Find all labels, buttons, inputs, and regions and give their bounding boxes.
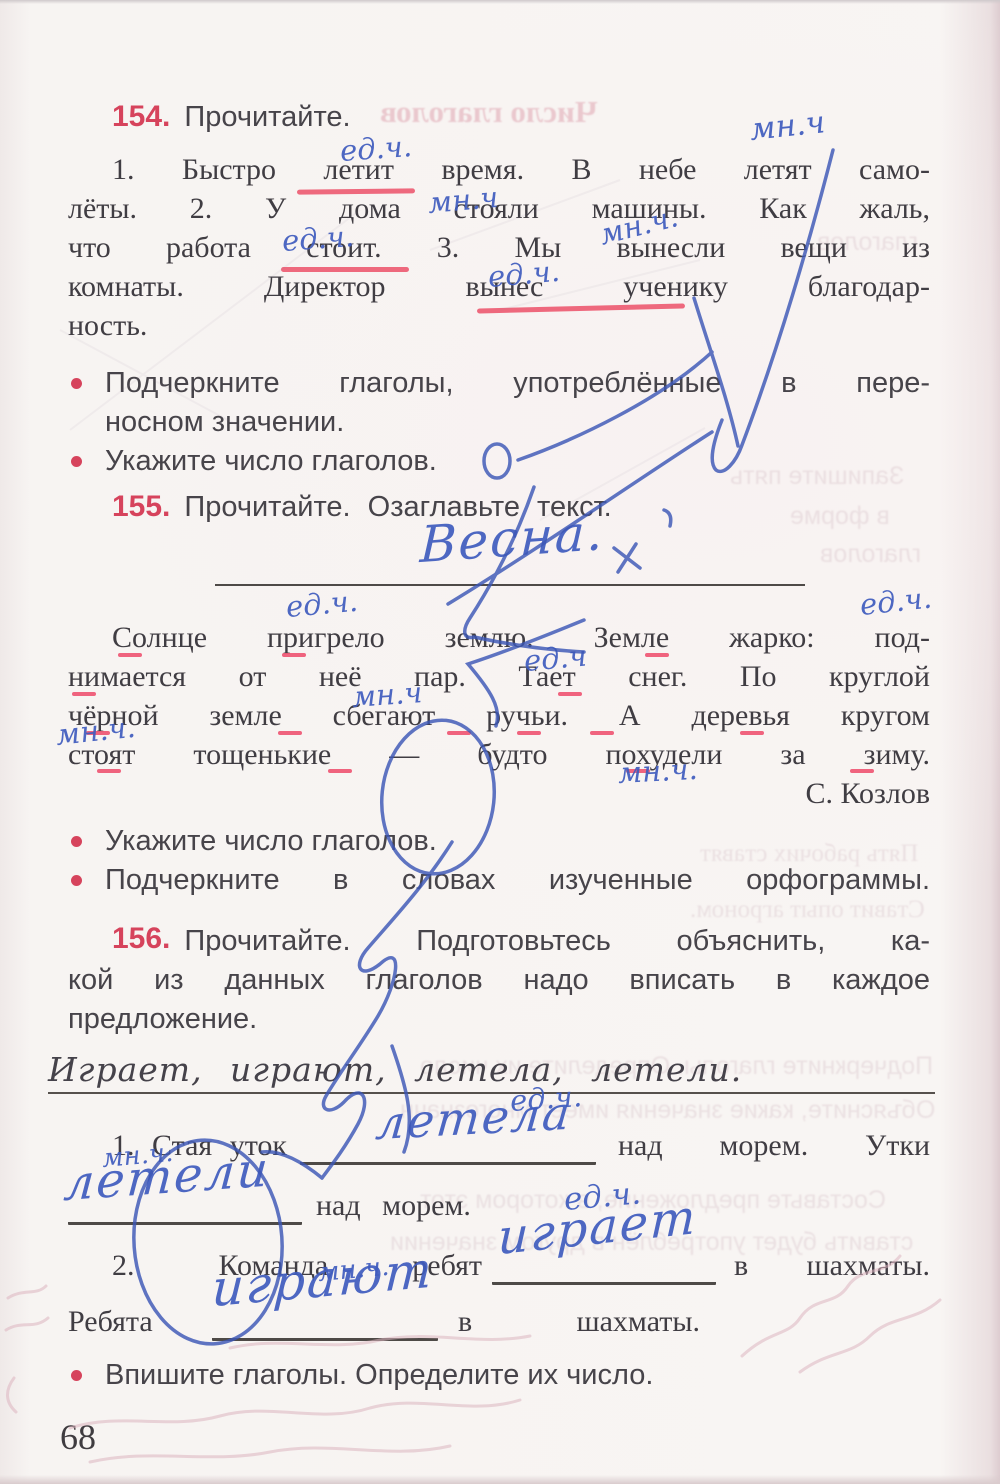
task-bullet: Впишите глаголы. Определите их число.: [68, 1356, 930, 1395]
sentence-2b-before-blank: Ребята: [68, 1304, 153, 1340]
blue-pen-stroke: [614, 544, 640, 572]
red-orthogram-mark: [118, 653, 142, 657]
task-text: Укажите число глаголов.: [105, 445, 437, 477]
number-annotation: мн.ч: [351, 675, 424, 714]
bullet-icon: [71, 456, 82, 467]
red-orthogram-mark: [558, 692, 582, 696]
exercise-154-text: 1. Быстро летит время. В небе летят само…: [68, 150, 930, 345]
bleedthrough-text: Ставит опыт агроном.: [690, 896, 925, 924]
exercise-number: 156.: [112, 922, 170, 961]
bullet-icon: [71, 1370, 82, 1381]
paragraph-line: чёрной земле сбегают ручьи. А деревья кр…: [68, 696, 930, 735]
number-annotation: ед.ч.: [281, 219, 355, 258]
paragraph-line: нимается от неё пар. Тает снег. По кругл…: [68, 657, 930, 696]
bleed-handwriting-squiggle: [6, 1286, 48, 1330]
sentence-2-after-blank: в шахматы.: [734, 1248, 930, 1284]
bleed-handwriting-squiggle: [70, 1400, 520, 1428]
paragraph-line: 1. Быстро летит время. В небе летят само…: [68, 150, 930, 189]
number-annotation: ед.ч.: [858, 581, 933, 622]
task-bullet: Подчеркните в словах изученные орфограмм…: [68, 861, 930, 900]
task-bullet: Подчеркните глаголы, употреблённые в пер…: [68, 364, 930, 403]
red-orthogram-mark: [517, 731, 541, 735]
bullet-icon: [71, 836, 82, 847]
sentence-2b-after-blank: в шахматы.: [458, 1304, 700, 1340]
page-number: 68: [60, 1416, 96, 1458]
task-text: Впишите глаголы. Определите их число.: [105, 1359, 653, 1391]
number-annotation: мн.ч: [748, 104, 827, 148]
exercise-number: 155.: [112, 490, 170, 524]
exercise-154-tasks: Подчеркните глаголы, употреблённые в пер…: [68, 364, 930, 481]
task-bullet: Укажите число глаголов.: [68, 822, 930, 861]
handwritten-answer-letela: летела: [374, 1086, 575, 1151]
exercise-number: 154.: [112, 100, 170, 134]
exercise-title: Прочитайте. Подготовьтесь объяснить, ка-: [184, 922, 930, 961]
red-orthogram-mark: [282, 653, 306, 657]
workbook-page-scan: Число глаголов глаголов. Запишите пять в…: [0, 0, 1000, 1484]
paragraph-line: Солнце пригрело землю. Земле жарко: под-: [68, 618, 930, 657]
heading-line: предложение.: [68, 1000, 930, 1039]
task-text: Подчеркните в словах изученные орфограмм…: [105, 864, 930, 896]
sentence-1b-after-blank: над морем.: [316, 1188, 471, 1224]
exercise-155-text: Солнце пригрело землю. Земле жарко: под-…: [68, 618, 930, 813]
red-orthogram-mark: [645, 653, 669, 657]
red-orthogram-mark: [328, 769, 352, 773]
blue-pen-stroke: [664, 510, 671, 526]
red-orthogram-mark: [447, 731, 471, 735]
bullet-icon: [71, 378, 82, 389]
exercise-156-heading: 156. Прочитайте. Подготовьтесь объяснить…: [68, 922, 930, 1039]
bullet-icon: [71, 875, 82, 886]
exercise-156-tasks: Впишите глаголы. Определите их число.: [68, 1356, 930, 1395]
task-bullet-continuation: носном значении.: [68, 403, 930, 442]
author-credit: С. Козлов: [68, 774, 930, 813]
title-rule: [215, 584, 805, 586]
handwritten-title-vesna: Весна.: [419, 503, 606, 574]
number-annotation: ед.ч.: [339, 129, 413, 168]
word-bank-line: Играет, играют, летела, летели.: [48, 1050, 935, 1094]
task-bullet: Укажите число глаголов.: [68, 442, 930, 481]
exercise-154-heading: 154. Прочитайте.: [112, 100, 351, 134]
bleedthrough-text: в форме: [790, 502, 890, 531]
paragraph-line: стоят тощенькие — будто похудели за зиму…: [68, 735, 930, 774]
exercise-title: Прочитайте.: [184, 101, 350, 134]
red-orthogram-mark: [278, 731, 302, 735]
heading-line: 156. Прочитайте. Подготовьтесь объяснить…: [112, 922, 930, 961]
bleedthrough-text: глаголов: [820, 540, 921, 569]
heading-line: кой из данных глаголов надо вписать в ка…: [68, 961, 930, 1000]
sentence-1-after-blank: над морем. Утки: [618, 1128, 930, 1164]
number-annotation: мн.ч.: [617, 752, 698, 790]
number-annotation: ед.ч.: [285, 584, 360, 624]
bleed-handwriting-squiggle: [90, 1446, 450, 1462]
red-orthogram-mark: [97, 769, 121, 773]
red-underline-stoit: [281, 267, 409, 272]
number-annotation: мн.ч: [427, 180, 500, 220]
task-text: Укажите число глаголов.: [105, 825, 437, 857]
red-orthogram-mark: [850, 769, 874, 773]
number-annotation: ед.ч.: [487, 254, 562, 294]
task-text: Подчеркните глаголы, употреблённые в пер…: [105, 367, 930, 399]
red-orthogram-mark: [590, 731, 614, 735]
number-annotation: ед.ч: [523, 639, 589, 678]
bleedthrough-text: Число глаголов: [380, 94, 598, 130]
exercise-155-tasks: Укажите число глаголов. Подчеркните в сл…: [68, 822, 930, 900]
bleed-handwriting-squiggle: [7, 1378, 16, 1412]
red-orthogram-mark: [740, 731, 764, 735]
red-orthogram-mark: [72, 692, 96, 696]
